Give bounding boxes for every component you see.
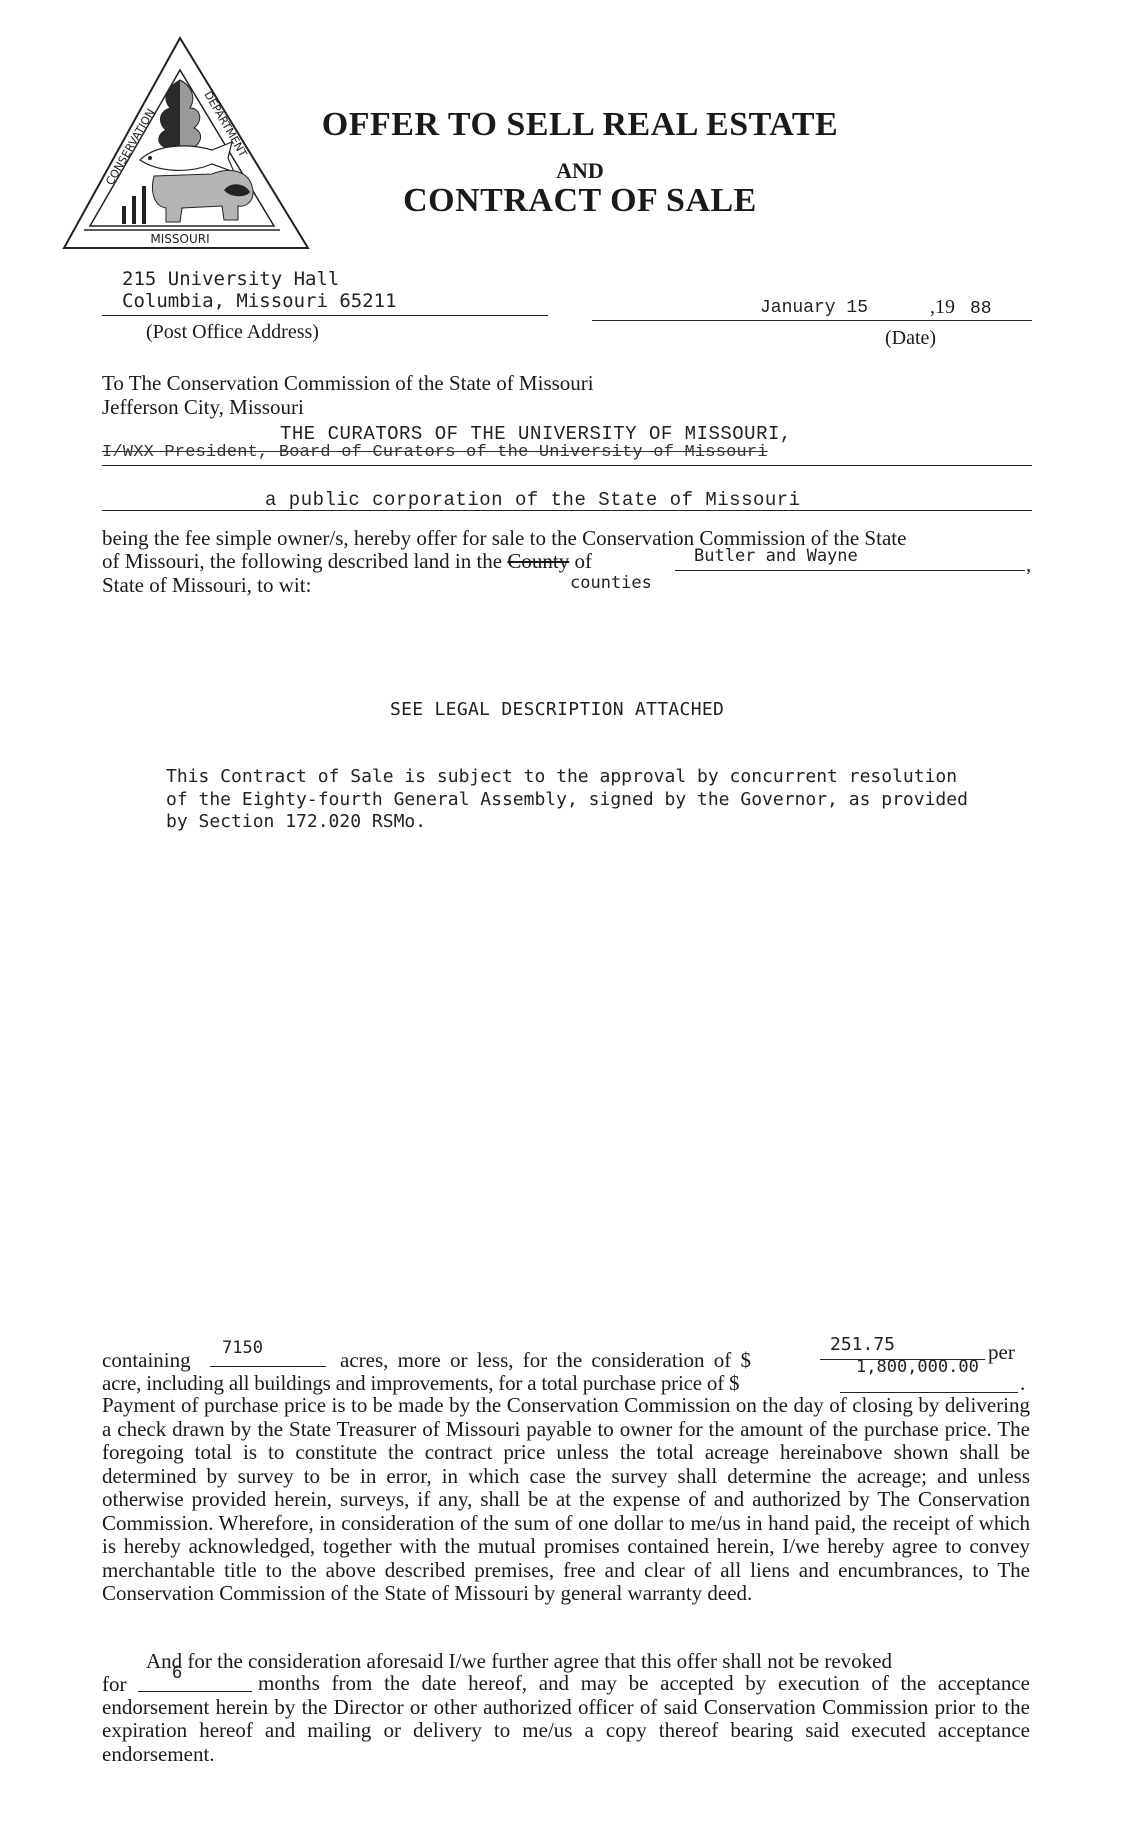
per-acre-value: 251.75 bbox=[830, 1334, 895, 1355]
revocation-body: months from the date hereof, and may be … bbox=[102, 1672, 1030, 1766]
svg-text:CONSERVATION: CONSERVATION bbox=[103, 107, 157, 188]
approval-line-3: by Section 172.020 RSMo. bbox=[166, 811, 968, 834]
conservation-department-logo: CONSERVATION DEPARTMENT MISSOURI bbox=[62, 36, 312, 256]
owner-typed-line-2: a public corporation of the State of Mis… bbox=[265, 489, 801, 511]
legal-description-note: SEE LEGAL DESCRIPTION ATTACHED bbox=[390, 699, 724, 720]
address-caption: (Post Office Address) bbox=[146, 321, 319, 344]
addressee-line-1: To The Conservation Commission of the St… bbox=[102, 371, 594, 395]
owner-typed-name: THE CURATORS OF THE UNIVERSITY OF MISSOU… bbox=[280, 423, 792, 445]
title-conjunction: AND bbox=[300, 158, 860, 184]
address-line-1: 215 University Hall bbox=[122, 268, 397, 290]
approval-line-1: This Contract of Sale is subject to the … bbox=[166, 766, 968, 789]
acres-value: 7150 bbox=[222, 1338, 263, 1358]
offer-line-3: State of Missouri, to wit: bbox=[102, 573, 311, 598]
post-office-address: 215 University Hall Columbia, Missouri 6… bbox=[122, 268, 397, 312]
conservation-department-emblem-icon: CONSERVATION DEPARTMENT MISSOURI bbox=[62, 36, 312, 256]
county-correction: counties bbox=[570, 573, 652, 593]
terms-line-1: containing bbox=[102, 1348, 191, 1373]
addressee-block: To The Conservation Commission of the St… bbox=[102, 371, 594, 419]
date-month-day: January 15 bbox=[760, 298, 868, 318]
offer-of-label: of bbox=[574, 549, 592, 573]
addressee-line-2: Jefferson City, Missouri bbox=[102, 395, 594, 419]
offer-line-2-prefix: of Missouri, the following described lan… bbox=[102, 549, 502, 573]
date-caption: (Date) bbox=[885, 327, 936, 350]
county-value: Butler and Wayne bbox=[694, 546, 858, 566]
date-century: ,19 bbox=[930, 296, 955, 319]
approval-clause: This Contract of Sale is subject to the … bbox=[166, 766, 968, 834]
page-subtitle: CONTRACT OF SALE bbox=[300, 182, 860, 220]
offer-line-2: of Missouri, the following described lan… bbox=[102, 549, 592, 574]
acres-text: acres, more or less, for the considerati… bbox=[340, 1348, 751, 1373]
page-title: OFFER TO SELL REAL ESTATE bbox=[300, 106, 860, 144]
approval-line-2: of the Eighty-fourth General Assembly, s… bbox=[166, 789, 968, 812]
address-line-2: Columbia, Missouri 65211 bbox=[122, 290, 397, 312]
terms-body: Payment of purchase price is to be made … bbox=[102, 1394, 1030, 1606]
owner-underline-2 bbox=[102, 510, 1032, 511]
struck-county-word: County bbox=[507, 549, 569, 573]
svg-text:MISSOURI: MISSOURI bbox=[150, 232, 209, 246]
total-price-value: 1,800,000.00 bbox=[856, 1357, 979, 1377]
date-underline bbox=[592, 320, 1032, 321]
county-comma: , bbox=[1026, 552, 1031, 577]
containing-label: containing bbox=[102, 1348, 191, 1372]
county-underline bbox=[675, 570, 1025, 571]
owner-struck-text: I/WXX President, Board of Curators of th… bbox=[102, 443, 768, 462]
owner-underline-1 bbox=[102, 465, 1032, 466]
acres-underline bbox=[210, 1366, 326, 1367]
per-label: per bbox=[988, 1340, 1015, 1365]
address-underline bbox=[102, 315, 548, 316]
date-year: 88 bbox=[970, 299, 992, 319]
